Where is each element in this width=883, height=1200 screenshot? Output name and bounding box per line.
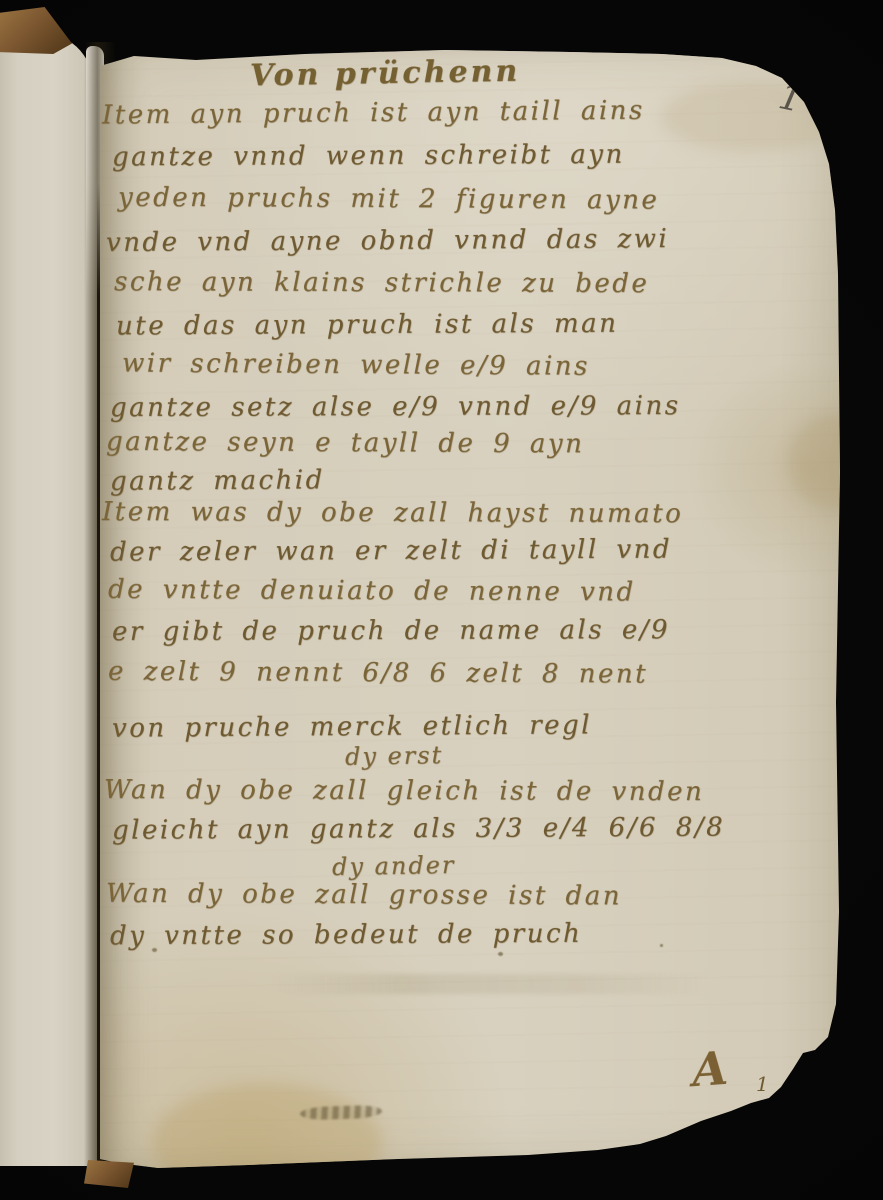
- ink-speck: [498, 952, 503, 956]
- text-line: Wan dy obe zall grosse ist dan: [106, 879, 622, 912]
- text-line: vnde vnd ayne obnd vnnd das zwi: [106, 224, 669, 258]
- text-line: sche ayn klains strichle zu bede: [114, 267, 649, 299]
- subheading-second-rule: dy ander: [332, 851, 456, 881]
- stain: [788, 414, 880, 510]
- text-line: gleicht ayn gantz als 3/3 e/4 6/6 8/8: [112, 812, 725, 845]
- manuscript-page: Von prüchenn Item ayn pruch ist ayn tail…: [100, 42, 840, 1168]
- binding-leather-top: [0, 6, 72, 54]
- stain: [152, 1084, 382, 1200]
- text-line: der zeler wan er zelt di tayll vnd: [110, 535, 672, 568]
- page-heading: Von prüchenn: [250, 54, 521, 94]
- flyleaf-edge: [0, 36, 97, 1166]
- text-line: er gibt de pruch de name als e/9: [112, 615, 670, 647]
- subheading-first-rule: dy erst: [345, 741, 444, 771]
- text-line: gantze vnnd wenn schreibt ayn: [112, 140, 625, 173]
- text-line: Wan dy obe zall gleich ist de vnden: [104, 775, 704, 807]
- text-line: Item ayn pruch ist ayn taill ains: [102, 96, 645, 131]
- quire-signature-numeral: 1: [756, 1072, 769, 1096]
- stain: [660, 82, 840, 152]
- quire-signature-letter: A: [690, 1041, 729, 1097]
- ink-speck: [660, 944, 663, 947]
- ink-show-through: [270, 974, 710, 994]
- binding-leather-bottom: [84, 1160, 134, 1188]
- text-line: ute das ayn pruch ist als man: [116, 309, 619, 342]
- text-line: gantze setz alse e/9 vnnd e/9 ains: [110, 391, 681, 423]
- text-line: dy vntte so bedeut de pruch: [110, 919, 582, 951]
- manuscript-photo: Von prüchenn Item ayn pruch ist ayn tail…: [0, 0, 883, 1200]
- text-line: von pruche merck etlich regl: [112, 710, 592, 743]
- text-line: wir schreiben welle e/9 ains: [122, 348, 590, 381]
- text-line: gantz machid: [110, 465, 325, 496]
- text-line: e zelt 9 nennt 6/8 6 zelt 8 nent: [108, 657, 648, 690]
- text-line: yeden pruchs mit 2 figuren ayne: [118, 183, 659, 216]
- text-line: de vntte denuiato de nenne vnd: [108, 575, 636, 608]
- text-line: Item was dy obe zall hayst numato: [102, 497, 683, 529]
- text-line: gantze seyn e tayll de 9 ayn: [106, 427, 584, 460]
